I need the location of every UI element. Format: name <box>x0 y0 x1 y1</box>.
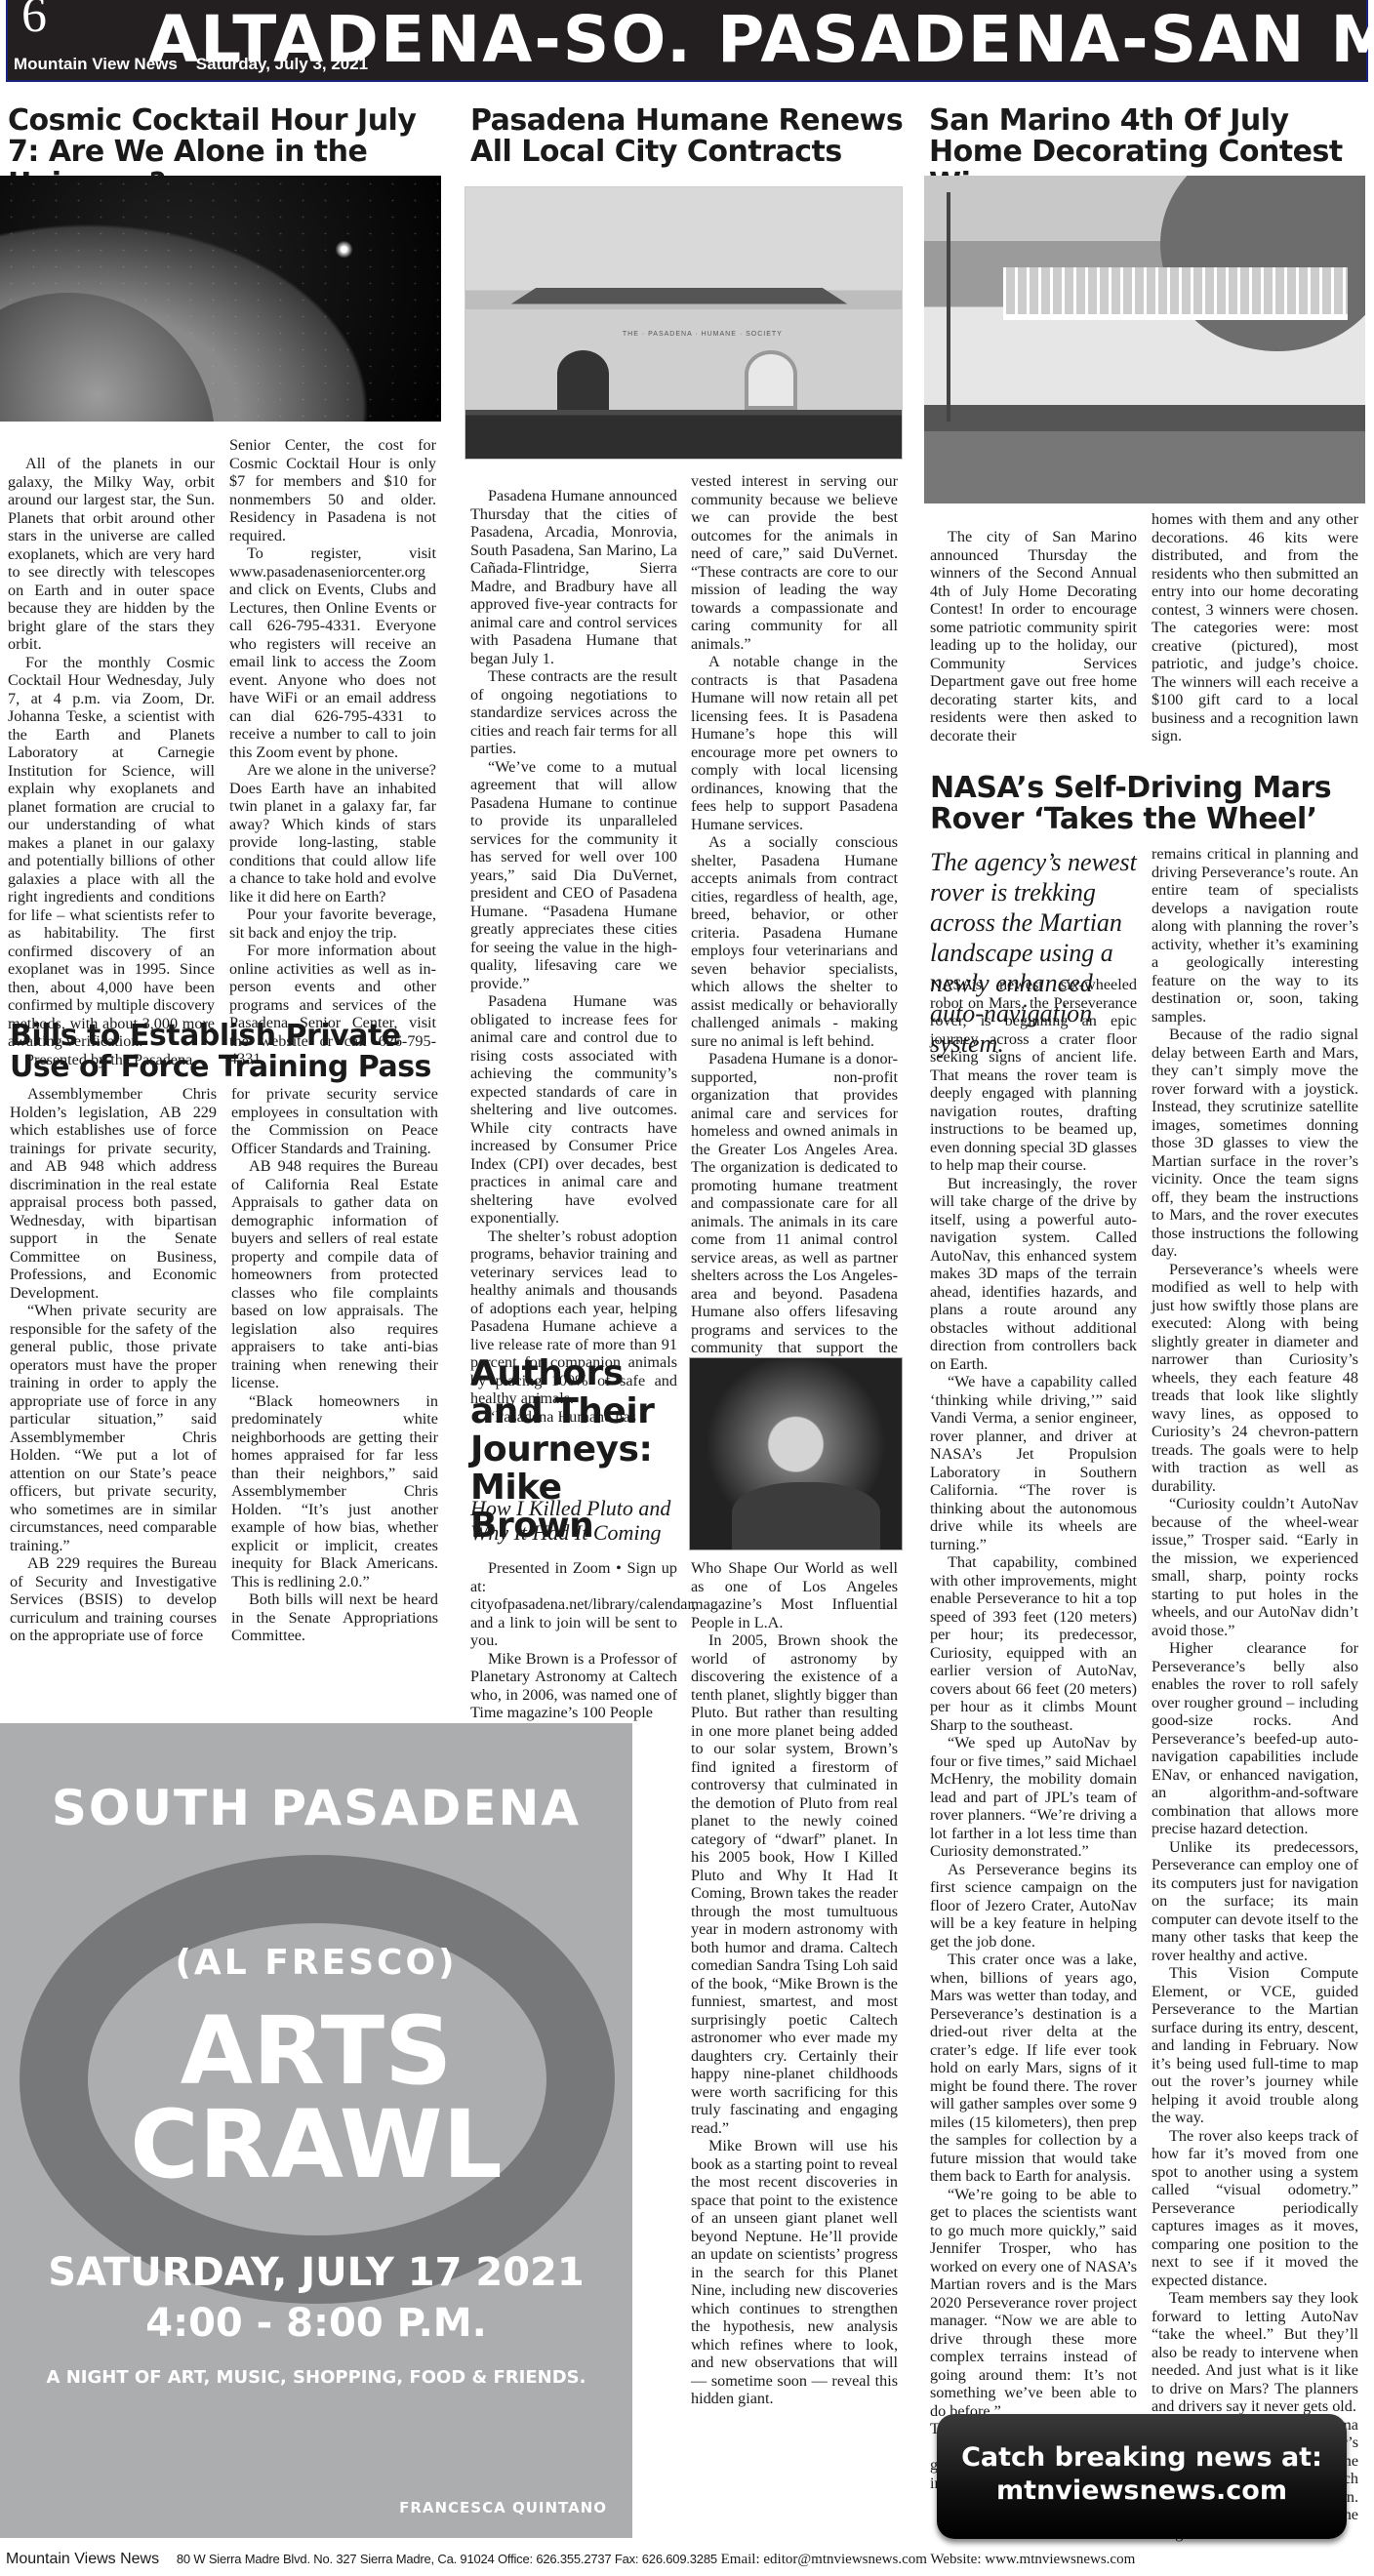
paragraph: Presented in Zoom • Sign up at: cityofpa… <box>470 1559 677 1650</box>
paragraph: “We’re going to be able to get to places… <box>930 2186 1137 2421</box>
page-footer: Mountain Views News 80 W Sierra Madre Bl… <box>6 2551 1372 2568</box>
paragraph: AB 948 requires the Bureau of California… <box>231 1157 438 1392</box>
paragraph: Who Shape Our World as well as one of Lo… <box>691 1559 898 1631</box>
paragraph: These contracts are the result of ongoin… <box>470 667 677 758</box>
ad-subtitle: (AL FRESCO) <box>0 1943 632 1983</box>
portrait-shirt <box>732 1482 880 1550</box>
photo-exoplanet <box>0 176 441 422</box>
headline-humane: Pasadena Humane Renews All Local City Co… <box>470 105 909 169</box>
paragraph: Pasadena Humane is a donor-supported, no… <box>691 1050 898 1393</box>
article-bills-col1: Assemblymember Chris Holden’s legislatio… <box>10 1085 217 1645</box>
masthead: 6 ALTADENA-SO. PASADENA-SAN MARINO Mount… <box>6 0 1368 82</box>
paragraph: The rover also keeps track of how far it… <box>1152 2127 1358 2290</box>
paragraph: vested interest in serving our community… <box>691 472 898 653</box>
paragraph: Mike Brown is a Professor of Planetary A… <box>470 1650 677 1722</box>
paragraph: Higher clearance for Perseverance’s bell… <box>1152 1639 1358 1838</box>
dateline-sep <box>182 55 191 73</box>
photo-humane-society-building: THE · PASADENA · HUMANE · SOCIETY <box>465 186 903 460</box>
ad-time: 4:00 - 8:00 P.M. <box>0 2301 632 2346</box>
paragraph: Pasadena Humane was obligated to increas… <box>470 992 677 1228</box>
paragraph: To register, visit www.pasadenaseniorcen… <box>229 544 436 761</box>
photo-mike-brown <box>689 1357 903 1550</box>
paragraph: As a socially conscious shelter, Pasaden… <box>691 833 898 1050</box>
paragraph: Pour your favorite beverage, sit back an… <box>229 906 436 942</box>
article-san-marino-col1: The city of San Marino announced Thursda… <box>930 528 1137 745</box>
deck-authors: How I Killed Pluto and Why It Had It Com… <box>470 1496 690 1545</box>
paragraph: That capability, combined with other imp… <box>930 1553 1137 1734</box>
building-arch-left <box>557 350 610 410</box>
ad-event-title-line1: ARTS <box>0 2004 632 2098</box>
ad-date: SATURDAY, JULY 17 2021 <box>0 2250 632 2295</box>
footer-contact: Email: editor@mtnviewsnews.com Website: … <box>721 2552 1136 2567</box>
tree-decoration <box>1160 176 1365 351</box>
building-arch-right <box>745 350 797 410</box>
article-humane-col1: Pasadena Humane announced Thursday that … <box>470 487 677 1426</box>
paragraph: In 2005, Brown shook the world of astron… <box>691 1631 898 2137</box>
paragraph: Both bills will next be heard in the Sen… <box>231 1590 438 1645</box>
building-roof <box>501 288 859 304</box>
paragraph: Mike Brown will use his book as a starti… <box>691 2137 898 2408</box>
paragraph: Team members say they look forward to le… <box>1152 2289 1358 2416</box>
flag-pole <box>947 192 950 422</box>
article-authors-col2: Who Shape Our World as well as one of Lo… <box>691 1559 898 2408</box>
article-bills-col2: for private security service employees i… <box>231 1085 438 1645</box>
ad-event-title-line2: CRAWL <box>0 2098 632 2192</box>
arts-crawl-ad: SOUTH PASADENA (AL FRESCO) ARTS CRAWL SA… <box>0 1723 632 2538</box>
paragraph: “We’ve come to a mutual agreement that w… <box>470 758 677 993</box>
breaking-news-link[interactable]: mtnviewsnews.com <box>937 2475 1347 2508</box>
paragraph: homes with them and any other decoration… <box>1152 510 1358 745</box>
paragraph: Unlike its predecessors, Perseverance ca… <box>1152 1838 1358 1965</box>
article-nasa-col2: remains critical in planning and driving… <box>1152 845 1358 2542</box>
paragraph: All of the planets in our galaxy, the Mi… <box>8 455 215 654</box>
ad-event-title: ARTS CRAWL <box>0 2004 632 2192</box>
ad-city: SOUTH PASADENA <box>0 1780 632 1836</box>
page-number: 6 <box>21 0 47 41</box>
paragraph: “We have a capability called ‘thinking w… <box>930 1373 1137 1553</box>
headline-nasa: NASA’s Self-Driving Mars Rover ‘Takes th… <box>930 773 1374 836</box>
paragraph: “Black homeowners in predominately white… <box>231 1392 438 1591</box>
breaking-news-banner[interactable]: Catch breaking news at: mtnviewsnews.com <box>937 2414 1347 2539</box>
publication-dateline: Mountain View News Saturday, July 3, 202… <box>14 55 368 74</box>
ad-artist-credit: FRANCESCA QUINTANO <box>399 2499 607 2516</box>
paragraph: for private security service employees i… <box>231 1085 438 1157</box>
ad-tagline: A NIGHT OF ART, MUSIC, SHOPPING, FOOD & … <box>0 2367 632 2388</box>
paragraph: remains critical in planning and driving… <box>1152 845 1358 1026</box>
paragraph: “Curiosity couldn’t AutoNav because of t… <box>1152 1495 1358 1639</box>
paragraph: As Perseverance begins its first science… <box>930 1861 1137 1952</box>
paragraph: For the monthly Cosmic Cocktail Hour Wed… <box>8 654 215 1051</box>
paragraph: Because of the radio signal delay betwee… <box>1152 1026 1358 1261</box>
paragraph: This crater once was a lake, when, billi… <box>930 1951 1137 2186</box>
paragraph: Senior Center, the cost for Cosmic Cockt… <box>229 436 436 544</box>
article-nasa-col1: NASA’s newest six-wheeled robot on Mars,… <box>930 976 1137 2492</box>
paragraph: A notable change in the contracts is tha… <box>691 653 898 833</box>
paragraph: Assemblymember Chris Holden’s legislatio… <box>10 1085 217 1302</box>
article-humane-col2: vested interest in serving our community… <box>691 472 898 1429</box>
paragraph: AB 229 requires the Bureau of Security a… <box>10 1554 217 1645</box>
paragraph: NASA’s newest six-wheeled robot on Mars,… <box>930 976 1137 1175</box>
article-cosmic-col1: All of the planets in our galaxy, the Mi… <box>8 455 215 1068</box>
headline-bills: Bills to Establish Private Use of Force … <box>10 1021 449 1084</box>
paragraph: The city of San Marino announced Thursda… <box>930 528 1137 745</box>
issue-date: Saturday, July 3, 2021 <box>196 55 368 73</box>
photo-decorated-home <box>924 176 1365 503</box>
paragraph: Are we alone in the universe? Does Earth… <box>229 761 436 906</box>
article-authors-col1: Presented in Zoom • Sign up at: cityofpa… <box>470 1559 677 1722</box>
paragraph: “When private security are responsible f… <box>10 1302 217 1554</box>
footer-address: 80 W Sierra Madre Blvd. No. 327 Sierra M… <box>177 2552 717 2566</box>
paragraph: But increasingly, the rover will take ch… <box>930 1175 1137 1374</box>
paragraph: “We sped up AutoNav by four or five time… <box>930 1734 1137 1861</box>
publication-name: Mountain View News <box>14 55 178 73</box>
paragraph: Perseverance’s wheels were modified as w… <box>1152 1261 1358 1496</box>
article-cosmic-col2: Senior Center, the cost for Cosmic Cockt… <box>229 436 436 1068</box>
paragraph: Pasadena Humane announced Thursday that … <box>470 487 677 667</box>
building-sign: THE · PASADENA · HUMANE · SOCIETY <box>623 331 783 338</box>
paragraph: This Vision Compute Element, or VCE, gui… <box>1152 1964 1358 2127</box>
balcony-bunting <box>1003 267 1348 320</box>
footer-brand: Mountain Views News <box>6 2551 159 2567</box>
article-san-marino-col2: homes with them and any other decoration… <box>1152 510 1358 745</box>
breaking-news-line1: Catch breaking news at: <box>937 2441 1347 2475</box>
